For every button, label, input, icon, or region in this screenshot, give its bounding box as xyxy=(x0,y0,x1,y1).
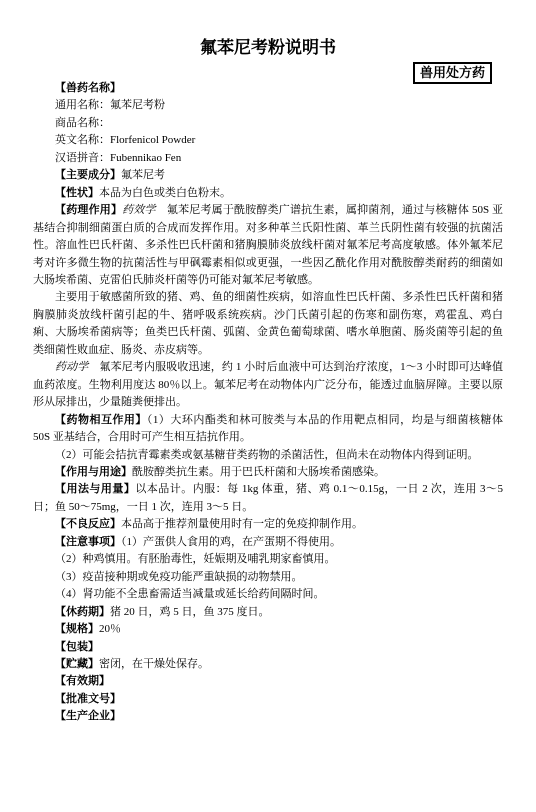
paragraph: 【用法与用量】以本品计。内服：每 1kg 体重，猪、鸡 0.1～0.15g，一日… xyxy=(33,481,503,516)
paragraph: 商品名称： xyxy=(33,115,503,132)
paragraph-text: （2）可能会拮抗青霉素类或氨基糖苷类药物的杀菌活性，但尚未在动物体内得到证明。 xyxy=(55,449,479,461)
paragraph: 【有效期】 xyxy=(33,673,503,690)
section-label: 【包装】 xyxy=(55,641,99,653)
leaflet-page: 氟苯尼考粉说明书 兽用处方药 【兽药名称】通用名称：氟苯尼考粉商品名称：英文名称… xyxy=(0,0,536,812)
paragraph: 【贮藏】密闭，在干燥处保存。 xyxy=(33,656,503,673)
document-body: 【兽药名称】通用名称：氟苯尼考粉商品名称：英文名称：Florfenicol Po… xyxy=(33,80,503,726)
paragraph-text: 主要用于敏感菌所致的猪、鸡、鱼的细菌性疾病，如溶血性巴氏杆菌、多杀性巴氏杆菌和猪… xyxy=(33,291,503,355)
paragraph: 【主要成分】氟苯尼考 xyxy=(33,167,503,184)
page-title: 氟苯尼考粉说明书 xyxy=(0,0,536,58)
paragraph: 【生产企业】 xyxy=(33,708,503,725)
paragraph-text: （1）产蛋供人食用的鸡，在产蛋期不得使用。 xyxy=(121,536,341,548)
paragraph-text: 本品高于推荐剂量使用时有一定的免疫抑制作用。 xyxy=(121,518,363,530)
paragraph: 【药物相互作用】（1）大环内酯类和林可胺类与本品的作用靶点相同，均是与细菌核糖体… xyxy=(33,412,503,447)
paragraph: 【休药期】猪 20 日，鸡 5 日，鱼 375 度日。 xyxy=(33,604,503,621)
paragraph-text: 酰胺醇类抗生素。用于巴氏杆菌和大肠埃希菌感染。 xyxy=(132,466,385,478)
section-label: 【药理作用】 xyxy=(55,204,122,216)
paragraph: 【作用与用途】酰胺醇类抗生素。用于巴氏杆菌和大肠埃希菌感染。 xyxy=(33,464,503,481)
section-label: 【作用与用途】 xyxy=(55,466,132,478)
paragraph-text: 20％ xyxy=(99,623,121,635)
paragraph: 【性状】本品为白色或类白色粉末。 xyxy=(33,185,503,202)
paragraph-text: 本品为白色或类白色粉末。 xyxy=(99,187,231,199)
paragraph: 药动学 氟苯尼考内服吸收迅速，约 1 小时后血液中可达到治疗浓度，1～3 小时即… xyxy=(33,359,503,411)
paragraph: 【注意事项】（1）产蛋供人食用的鸡，在产蛋期不得使用。 xyxy=(33,534,503,551)
paragraph: 【不良反应】本品高于推荐剂量使用时有一定的免疫抑制作用。 xyxy=(33,516,503,533)
paragraph: 主要用于敏感菌所致的猪、鸡、鱼的细菌性疾病，如溶血性巴氏杆菌、多杀性巴氏杆菌和猪… xyxy=(33,289,503,359)
section-label: 【生产企业】 xyxy=(55,710,121,722)
paragraph: 【药理作用】药效学 氟苯尼考属于酰胺醇类广谱抗生素，属抑菌剂，通过与核糖体 50… xyxy=(33,202,503,289)
section-label: 【贮藏】 xyxy=(55,658,99,670)
section-label: 【不良反应】 xyxy=(55,518,121,530)
subhead-italic: 药动学 xyxy=(55,361,88,373)
paragraph-text: 氟苯尼考内服吸收迅速，约 1 小时后血液中可达到治疗浓度，1～3 小时即可达峰值… xyxy=(33,361,503,408)
section-label: 【用法与用量】 xyxy=(55,483,135,495)
section-label: 【主要成分】 xyxy=(55,169,121,181)
section-label: 【休药期】 xyxy=(55,606,110,618)
section-label: 【兽药名称】 xyxy=(55,82,121,94)
paragraph: 汉语拼音：Fubennikao Fen xyxy=(33,150,503,167)
section-label: 【注意事项】 xyxy=(55,536,121,548)
section-label: 【性状】 xyxy=(55,187,99,199)
paragraph-text: （4）肾功能不全患畜需适当减量或延长给药间隔时间。 xyxy=(55,588,325,600)
paragraph: 【规格】20％ xyxy=(33,621,503,638)
paragraph: 英文名称：Florfenicol Powder xyxy=(33,132,503,149)
paragraph: （4）肾功能不全患畜需适当减量或延长给药间隔时间。 xyxy=(33,586,503,603)
paragraph-text: 商品名称： xyxy=(55,117,110,129)
paragraph-text: （3）疫苗接种期或免疫功能严重缺损的动物禁用。 xyxy=(55,571,303,583)
paragraph-text: 猪 20 日，鸡 5 日，鱼 375 度日。 xyxy=(110,606,270,618)
paragraph: 通用名称：氟苯尼考粉 xyxy=(33,97,503,114)
subhead-italic: 药效学 xyxy=(122,204,156,216)
section-label: 【药物相互作用】 xyxy=(55,414,147,426)
paragraph: （2）种鸡慎用。有胚胎毒性，妊娠期及哺乳期家畜慎用。 xyxy=(33,551,503,568)
paragraph-text: 汉语拼音：Fubennikao Fen xyxy=(55,152,181,164)
paragraph-text: 氟苯尼考属于酰胺醇类广谱抗生素，属抑菌剂，通过与核糖体 50S 亚基结合抑制细菌… xyxy=(33,204,503,286)
paragraph: 【批准文号】 xyxy=(33,691,503,708)
paragraph-text: 英文名称：Florfenicol Powder xyxy=(55,134,195,146)
paragraph-text: 通用名称：氟苯尼考粉 xyxy=(55,99,165,111)
prescription-badge: 兽用处方药 xyxy=(413,62,492,84)
section-label: 【有效期】 xyxy=(55,675,110,687)
paragraph: 【包装】 xyxy=(33,639,503,656)
paragraph-text: 密闭，在干燥处保存。 xyxy=(99,658,209,670)
paragraph: （3）疫苗接种期或免疫功能严重缺损的动物禁用。 xyxy=(33,569,503,586)
paragraph: （2）可能会拮抗青霉素类或氨基糖苷类药物的杀菌活性，但尚未在动物体内得到证明。 xyxy=(33,447,503,464)
section-label: 【规格】 xyxy=(55,623,99,635)
paragraph-text: （2）种鸡慎用。有胚胎毒性，妊娠期及哺乳期家畜慎用。 xyxy=(55,553,336,565)
paragraph-text: 氟苯尼考 xyxy=(121,169,165,181)
section-label: 【批准文号】 xyxy=(55,693,121,705)
